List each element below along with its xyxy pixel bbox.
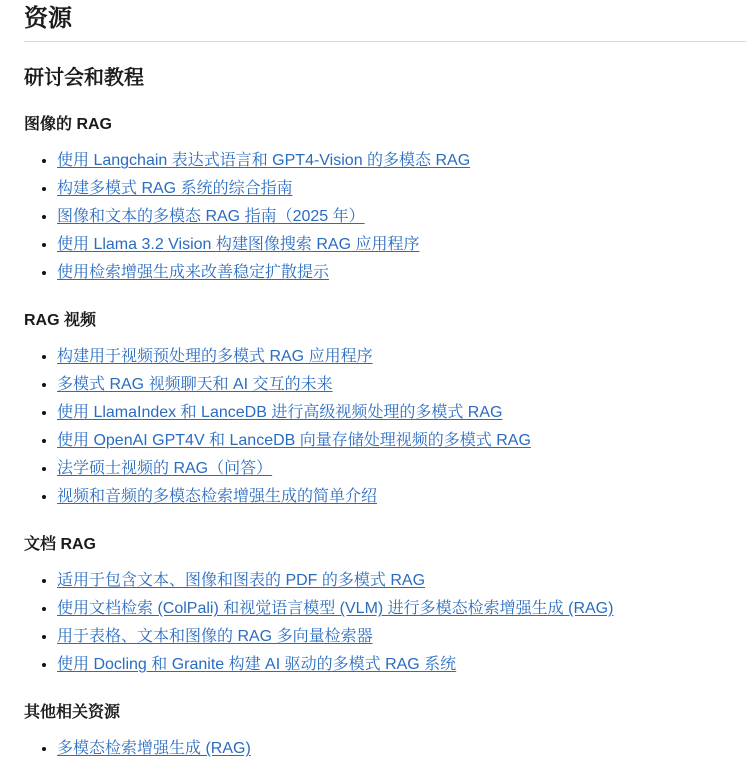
subsection-heading: 文档 RAG bbox=[24, 535, 746, 555]
sections: 研讨会和教程图像的 RAG使用 Langchain 表达式语言和 GPT4-Vi… bbox=[24, 66, 746, 763]
link-list: 适用于包含文本、图像和图表的 PDF 的多模式 RAG使用文档检索 (ColPa… bbox=[24, 567, 746, 679]
list-item: 适用于包含文本、图像和图表的 PDF 的多模式 RAG bbox=[57, 567, 746, 595]
list-item: 构建多模式 RAG 系统的综合指南 bbox=[57, 175, 746, 203]
list-item: 图像和文本的多模态 RAG 指南（2025 年） bbox=[57, 203, 746, 231]
resource-link[interactable]: 使用文档检索 (ColPali) 和视觉语言模型 (VLM) 进行多模态检索增强… bbox=[57, 600, 613, 617]
list-item: 使用 LlamaIndex 和 LanceDB 进行高级视频处理的多模式 RAG bbox=[57, 399, 746, 427]
list-item: 多模式 RAG 视频聊天和 AI 交互的未来 bbox=[57, 371, 746, 399]
list-item: 使用 OpenAI GPT4V 和 LanceDB 向量存储处理视频的多模式 R… bbox=[57, 427, 746, 455]
resource-link[interactable]: 多模式 RAG 视频聊天和 AI 交互的未来 bbox=[57, 376, 333, 393]
list-item: 视频和音频的多模态检索增强生成的简单介绍 bbox=[57, 483, 746, 511]
resource-link[interactable]: 构建用于视频预处理的多模式 RAG 应用程序 bbox=[57, 348, 373, 365]
resource-link[interactable]: 使用 Docling 和 Granite 构建 AI 驱动的多模式 RAG 系统 bbox=[57, 656, 456, 673]
link-list: 使用 Langchain 表达式语言和 GPT4-Vision 的多模态 RAG… bbox=[24, 147, 746, 287]
page-title: 资源 bbox=[24, 0, 746, 42]
list-item: 法学硕士视频的 RAG（问答） bbox=[57, 455, 746, 483]
list-item: 使用 Docling 和 Granite 构建 AI 驱动的多模式 RAG 系统 bbox=[57, 651, 746, 679]
list-item: 使用检索增强生成来改善稳定扩散提示 bbox=[57, 259, 746, 287]
subsection-heading: RAG 视频 bbox=[24, 311, 746, 331]
link-list: 构建用于视频预处理的多模式 RAG 应用程序多模式 RAG 视频聊天和 AI 交… bbox=[24, 343, 746, 511]
resource-link[interactable]: 使用 Llama 3.2 Vision 构建图像搜索 RAG 应用程序 bbox=[57, 236, 419, 253]
resource-link[interactable]: 使用检索增强生成来改善稳定扩散提示 bbox=[57, 264, 329, 281]
resource-link[interactable]: 视频和音频的多模态检索增强生成的简单介绍 bbox=[57, 488, 377, 505]
resource-link[interactable]: 法学硕士视频的 RAG（问答） bbox=[57, 460, 272, 477]
resource-link[interactable]: 适用于包含文本、图像和图表的 PDF 的多模式 RAG bbox=[57, 572, 425, 589]
list-item: 使用 Langchain 表达式语言和 GPT4-Vision 的多模态 RAG bbox=[57, 147, 746, 175]
subsection-heading: 图像的 RAG bbox=[24, 115, 746, 135]
link-list: 多模态检索增强生成 (RAG) bbox=[24, 735, 746, 763]
resource-link[interactable]: 使用 Langchain 表达式语言和 GPT4-Vision 的多模态 RAG bbox=[57, 152, 470, 169]
list-item: 使用文档检索 (ColPali) 和视觉语言模型 (VLM) 进行多模态检索增强… bbox=[57, 595, 746, 623]
resource-link[interactable]: 构建多模式 RAG 系统的综合指南 bbox=[57, 180, 293, 197]
list-item: 用于表格、文本和图像的 RAG 多向量检索器 bbox=[57, 623, 746, 651]
resource-link[interactable]: 使用 LlamaIndex 和 LanceDB 进行高级视频处理的多模式 RAG bbox=[57, 404, 502, 421]
resource-link[interactable]: 用于表格、文本和图像的 RAG 多向量检索器 bbox=[57, 628, 373, 645]
subsection-heading: 其他相关资源 bbox=[24, 703, 746, 723]
list-item: 使用 Llama 3.2 Vision 构建图像搜索 RAG 应用程序 bbox=[57, 231, 746, 259]
resource-link[interactable]: 多模态检索增强生成 (RAG) bbox=[57, 740, 251, 757]
list-item: 构建用于视频预处理的多模式 RAG 应用程序 bbox=[57, 343, 746, 371]
document-page: 资源 研讨会和教程图像的 RAG使用 Langchain 表达式语言和 GPT4… bbox=[0, 0, 756, 765]
resource-link[interactable]: 使用 OpenAI GPT4V 和 LanceDB 向量存储处理视频的多模式 R… bbox=[57, 432, 531, 449]
list-item: 多模态检索增强生成 (RAG) bbox=[57, 735, 746, 763]
resource-link[interactable]: 图像和文本的多模态 RAG 指南（2025 年） bbox=[57, 208, 365, 225]
section-heading: 研讨会和教程 bbox=[24, 66, 746, 91]
